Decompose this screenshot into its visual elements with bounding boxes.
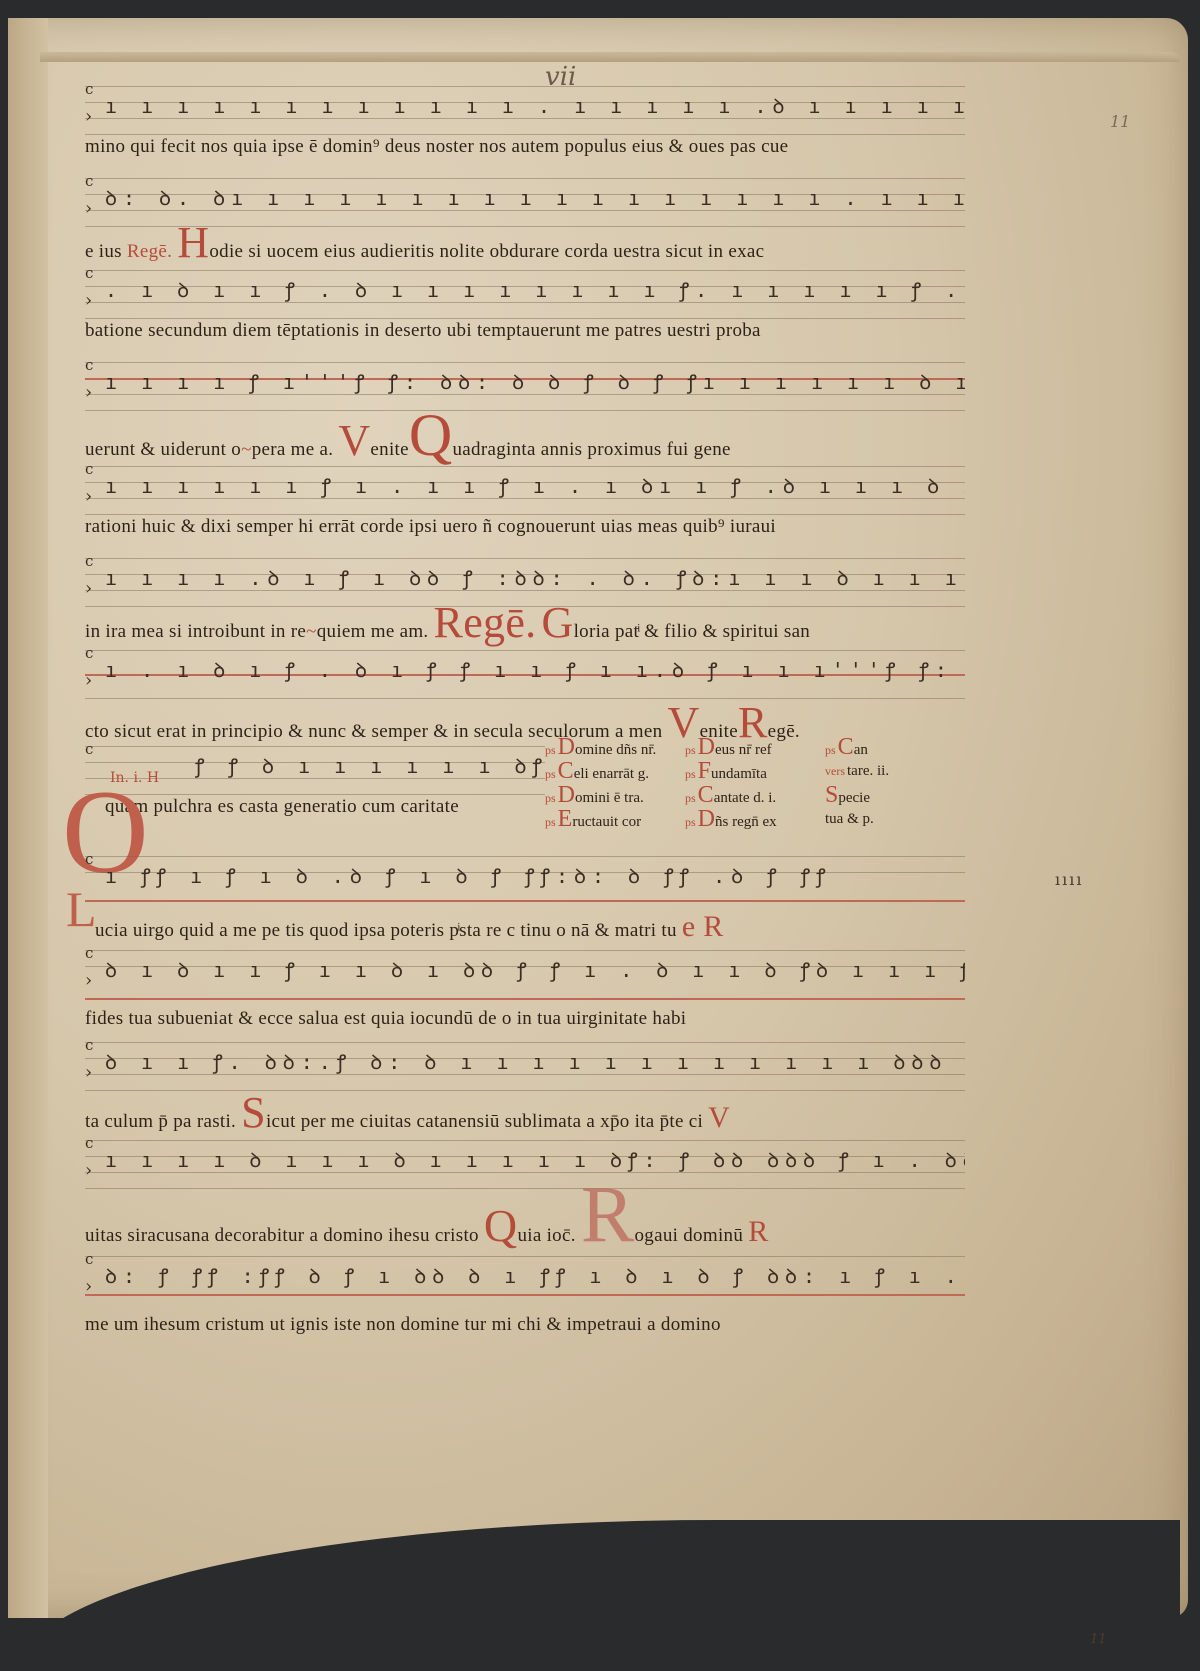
neumes: ı ꝭꝭ ı ꝭ ı ꝺ .ꝺ ꝭ ı ꝺ ꝭ ꝭꝭ:ꝺ: ꝺ ꝭꝭ .ꝺ ꝭ …: [105, 862, 965, 889]
initial-letter: Q: [484, 1200, 518, 1251]
folio-number-bottom: 11: [1090, 1632, 1107, 1647]
lyric-line: mino qui fecit nos quia ipse ē domin⁹ de…: [85, 136, 965, 158]
music-system-3: c › . ı ꝺ ı ı ꝭ . ꝺ ı ı ı ı ı ı ı ı ꝭ. ı…: [85, 264, 965, 342]
decorated-initial-L: L: [66, 880, 97, 938]
music-system-9: c ı ꝭꝭ ı ꝭ ı ꝺ .ꝺ ꝭ ı ꝺ ꝭ ꝭꝭ:ꝺ: ꝺ ꝭꝭ .ꝺ …: [85, 850, 965, 942]
c-clef-icon: c: [85, 1134, 93, 1152]
c-clef-icon: c: [85, 850, 93, 868]
c-clef-icon: c: [85, 944, 93, 962]
margin-mark: ıııı: [1055, 870, 1083, 889]
neumes: ꝺ: ꝺ. ꝺı ı ı ı ı ı ı ı ı ı ı ı ı ı ı ı ı…: [105, 184, 965, 211]
neumes: ı . ı ꝺ ı ꝭ . ꝺ ı ꝭ ꝭ ı ı ꝭ ı ı.ꝺ ꝭ ı ı …: [105, 656, 965, 683]
lyric-line: uitas siracusana decorabitur a domino ih…: [85, 1200, 965, 1247]
psalm-incipit-table: psDomine dñs nr̄. psDeus nr̄ ref psCan p…: [545, 735, 965, 831]
music-system-6: c › ı ı ı ı .ꝺ ı ꝭ ı ꝺꝺ ꝭ :ꝺꝺ: . ꝺ. ꝭꝺ:ı…: [85, 552, 965, 643]
page-top-edge: [40, 52, 1180, 62]
custos-icon: ›: [85, 1160, 92, 1181]
c-clef-icon: c: [85, 80, 93, 98]
lyric-line: quam pulchra es casta generatio cum cari…: [85, 796, 545, 818]
lyric-line: ta culum p̄ pa rasti. Sicut per me ciuit…: [85, 1098, 965, 1133]
custos-icon: ›: [85, 382, 92, 403]
neumes: ı ı ı ı ı ı ı ı ı ı ı ı . ı ı ı ı ı .ꝺ ı…: [105, 92, 965, 119]
custos-icon: ›: [85, 486, 92, 507]
custos-icon: ›: [85, 578, 92, 599]
music-system-7: c › ı . ı ꝺ ı ꝭ . ꝺ ı ꝭ ꝭ ı ı ꝭ ı ı.ꝺ ꝭ …: [85, 644, 965, 743]
lyric-line: me um ihesum cristum ut ignis iste non d…: [85, 1314, 965, 1336]
custos-icon: ›: [85, 1062, 92, 1083]
music-system-11: c › ꝺ ı ı ꝭ. ꝺꝺ:.ꝭ ꝺ: ꝺ ı ı ı ı ı ı ı ı …: [85, 1036, 965, 1133]
c-clef-icon: c: [85, 460, 93, 478]
lyric-line: rationi huic & dixi semper hi errāt cord…: [85, 516, 965, 538]
custos-icon: ›: [85, 670, 92, 691]
lyric-line: e ius Regē. Hodie si uocem eius audierit…: [85, 228, 965, 263]
music-system-12: c › ı ı ı ı ꝺ ı ı ı ꝺ ı ı ı ı ı ꝺꝭ: ꝭ ꝺꝺ…: [85, 1134, 965, 1247]
c-clef-icon: c: [85, 740, 93, 758]
rubric-initial: V: [338, 416, 370, 465]
music-system-13: c › ꝺ: ꝭ ꝭꝭ :ꝭꝭ ꝺ ꝭ ı ꝺꝺ ꝺ ı ꝭꝭ ı ꝺ ı ꝺ …: [85, 1250, 965, 1336]
lyric-line: uerunt & uiderunt o~pera me a. VeniteQua…: [85, 420, 965, 461]
lyric-line: ucia uirgo quid a me pe tis quod ipsa po…: [85, 912, 965, 942]
custos-icon: ›: [85, 290, 92, 311]
psalm-row: psDomine dñs nr̄. psDeus nr̄ ref psCan: [545, 735, 965, 759]
music-system-4: c › ı ı ı ı ꝭ ı'''ꝭ ꝭ: ꝺꝺ: ꝺ ꝺ ꝭ ꝺ ꝭ ꝭı …: [85, 356, 965, 461]
c-clef-icon: c: [85, 1036, 93, 1054]
lyric-line: in ira mea si introibunt in re~quiem me …: [85, 608, 965, 643]
lyric-line: batione secundum diem tēptationis in des…: [85, 320, 965, 342]
custos-icon: ›: [85, 198, 92, 219]
custos-icon: ›: [85, 106, 92, 127]
c-clef-icon: c: [85, 1250, 93, 1268]
psalm-row: psDomini ē tra. psCantate d. i. Specie: [545, 783, 965, 807]
psalm-row: psCeli enarrāt g. psFundamīta verstare. …: [545, 759, 965, 783]
psalm-row: psEructauit cor psDñs regn̄ ex tua & p.: [545, 807, 965, 831]
page-spine: [8, 18, 48, 1618]
neumes: ı ı ı ı .ꝺ ı ꝭ ı ꝺꝺ ꝭ :ꝺꝺ: . ꝺ. ꝭꝺ:ı ı ı…: [105, 564, 965, 591]
c-clef-icon: c: [85, 264, 93, 282]
neumes: ꝭ ꝭ ꝺ ı ı ı ı ı ı ꝺꝭ ꝭ ı ꝺı: [195, 752, 545, 779]
c-clef-icon: c: [85, 172, 93, 190]
neumes: . ı ꝺ ı ı ꝭ . ꝺ ı ı ı ı ı ı ı ı ꝭ. ı ı ı…: [105, 276, 965, 303]
neumes: ı ı ı ı ı ı ꝭ ı . ı ı ꝭ ı . ı ꝺı ı ꝭ .ꝺ …: [105, 472, 965, 499]
neumes: ꝺ: ꝭ ꝭꝭ :ꝭꝭ ꝺ ꝭ ı ꝺꝺ ꝺ ı ꝭꝭ ı ꝺ ı ꝺ ꝭ ꝺꝺ…: [105, 1262, 965, 1289]
c-clef-icon: c: [85, 552, 93, 570]
neumes: ꝺ ı ꝺ ı ı ꝭ ı ı ꝺ ı ꝺꝺ ꝭ ꝭ ı . ꝺ ı ı ꝺ ꝭ…: [105, 956, 965, 983]
music-system-2: c › ꝺ: ꝺ. ꝺı ı ı ı ı ı ı ı ı ı ı ı ı ı ı…: [85, 172, 965, 263]
neumes: ı ı ı ı ꝭ ı'''ꝭ ꝭ: ꝺꝺ: ꝺ ꝺ ꝭ ꝺ ꝭ ꝭı ı ı …: [105, 368, 965, 395]
music-system-5: c › ı ı ı ı ı ı ꝭ ı . ı ı ꝭ ı . ı ꝺı ı ꝭ…: [85, 460, 965, 538]
c-clef-icon: c: [85, 644, 93, 662]
initial-letter: S: [241, 1088, 266, 1137]
lyric-line: fides tua subueniat & ecce salua est qui…: [85, 1008, 965, 1030]
neumes: ꝺ ı ı ꝭ. ꝺꝺ:.ꝭ ꝺ: ꝺ ı ı ı ı ı ı ı ı ı ı …: [105, 1048, 965, 1075]
custos-icon: ›: [85, 1276, 92, 1297]
folio-number-top: 11: [1110, 112, 1130, 131]
music-system-8: c In. i. H ꝭ ꝭ ꝺ ı ı ı ı ı ı ꝺꝭ ꝭ ı ꝺı q…: [85, 740, 545, 818]
rubric: Regē.: [127, 241, 172, 262]
c-clef-icon: c: [85, 356, 93, 374]
music-system-1: c › ı ı ı ı ı ı ı ı ı ı ı ı . ı ı ı ı ı …: [85, 80, 965, 158]
music-system-10: c › ꝺ ı ꝺ ı ı ꝭ ı ı ꝺ ı ꝺꝺ ꝭ ꝭ ı . ꝺ ı ı…: [85, 944, 965, 1030]
custos-icon: ›: [85, 970, 92, 991]
neumes: ı ı ı ı ꝺ ı ı ı ꝺ ı ı ı ı ı ꝺꝭ: ꝭ ꝺꝺ ꝺꝺꝺ…: [105, 1146, 965, 1173]
